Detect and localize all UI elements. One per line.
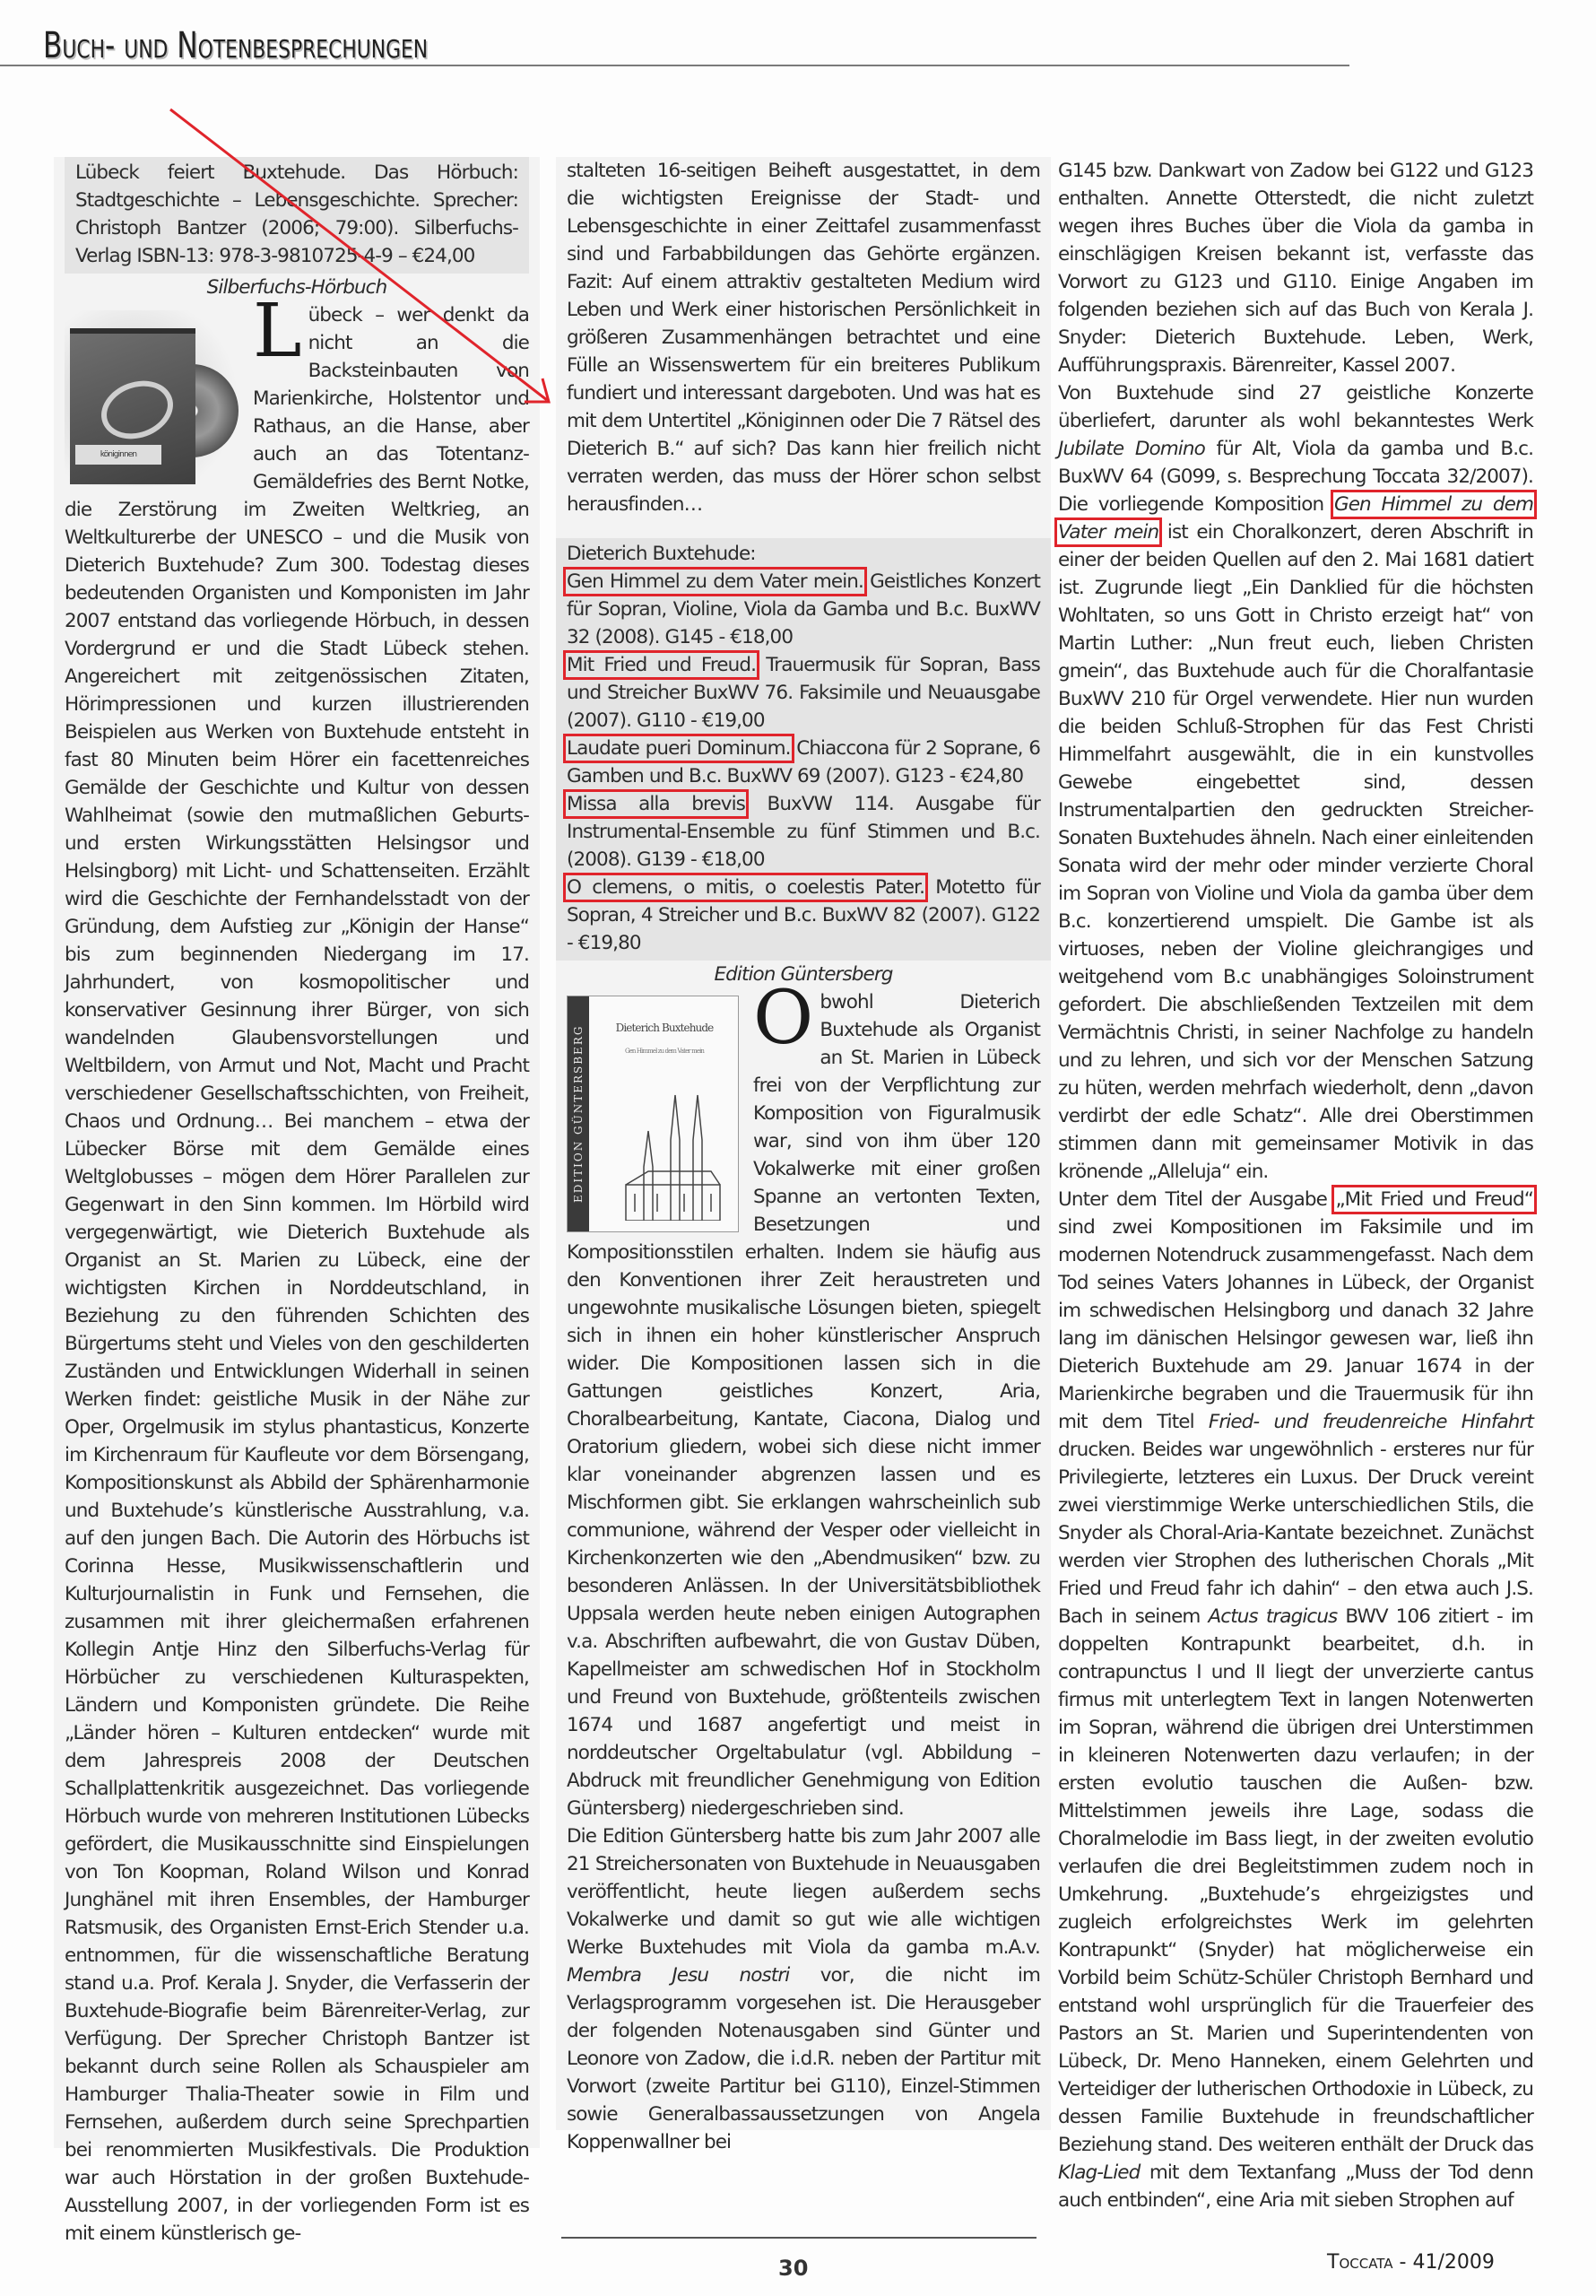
audiobook-cover-image: königinnen bbox=[65, 310, 240, 486]
cover-spine-text: EDITION GÜNTERSBERG bbox=[568, 996, 589, 1231]
drop-cap: O bbox=[753, 990, 812, 1048]
highlighted-title: Laudate pueri Dominum. bbox=[567, 737, 791, 760]
right-column: G145 bzw. Dankwart von Zadow bei G122 un… bbox=[1058, 157, 1533, 2214]
publisher-label: Silberfuchs-Hörbuch bbox=[65, 274, 529, 301]
highlighted-title: Gen Himmel zu dem Vater mein. bbox=[567, 570, 863, 593]
left-column: Lübeck feiert Buxtehude. Das Hörbuch: St… bbox=[54, 157, 540, 2148]
header-divider bbox=[0, 65, 1349, 66]
listing-item: Laudate pueri Dominum. Chiaccona für 2 S… bbox=[567, 735, 1040, 790]
magazine-name: Toccata bbox=[1327, 2251, 1393, 2274]
listing-item: Gen Himmel zu dem Vater mein. Geistliche… bbox=[567, 568, 1040, 651]
cover-label: königinnen bbox=[75, 445, 161, 465]
cover-subtitle: Gen Himmel zu dem Vater mein bbox=[594, 1038, 734, 1065]
highlighted-title: O clemens, o mitis, o coelestis Pater. bbox=[567, 876, 924, 899]
highlighted-title: Missa alla brevis bbox=[567, 793, 745, 815]
review-continuation: stalteten 16-seitigen Beiheft ausgestatt… bbox=[567, 157, 1040, 518]
magazine-issue: Toccata - 41/2009 bbox=[1327, 2251, 1495, 2274]
highlighted-title: „Mit Fried und Freud“ bbox=[1335, 1188, 1533, 1211]
score-listing-box: Dieterich Buxtehude: Gen Himmel zu dem V… bbox=[556, 538, 1051, 961]
review-text: übeck – wer denkt da nicht an die Backst… bbox=[65, 304, 529, 2245]
listing-item: Missa alla brevis BuxVW 114. Ausgabe für… bbox=[567, 790, 1040, 874]
review-body: Lübeck – wer denkt da nicht an die Backs… bbox=[65, 301, 529, 2248]
section-title: Buch- und Notenbesprechungen bbox=[43, 25, 428, 66]
publisher-label: Edition Güntersberg bbox=[567, 961, 1040, 988]
listing-heading: Dieterich Buxtehude: bbox=[567, 540, 1040, 568]
score-cover-image: EDITION GÜNTERSBERG Dieterich Buxtehude … bbox=[567, 996, 739, 1232]
review-body: G145 bzw. Dankwart von Zadow bei G122 un… bbox=[1058, 157, 1533, 379]
middle-column: stalteten 16-seitigen Beiheft ausgestatt… bbox=[556, 157, 1051, 2130]
footer-divider bbox=[561, 2237, 1037, 2239]
church-illustration-icon bbox=[621, 1086, 729, 1221]
listing-item: Mit Fried und Freud. Trauermusik für Sop… bbox=[567, 651, 1040, 735]
review-body: Von Buxtehude sind 27 geistliche Konzert… bbox=[1058, 379, 1533, 1186]
drop-cap: L bbox=[253, 303, 301, 361]
audiobook-info-box: Lübeck feiert Buxtehude. Das Hörbuch: St… bbox=[65, 157, 529, 274]
review-body: Die Edition Güntersberg hatte bis zum Ja… bbox=[567, 1822, 1040, 2156]
highlighted-title: Mit Fried und Freud. bbox=[567, 654, 756, 676]
issue-number: - 41/2009 bbox=[1393, 2251, 1495, 2274]
page-number: 30 bbox=[778, 2256, 808, 2281]
review-body: Unter dem Titel der Ausgabe „Mit Fried u… bbox=[1058, 1186, 1533, 2214]
listing-item: O clemens, o mitis, o coelestis Pater. M… bbox=[567, 874, 1040, 957]
